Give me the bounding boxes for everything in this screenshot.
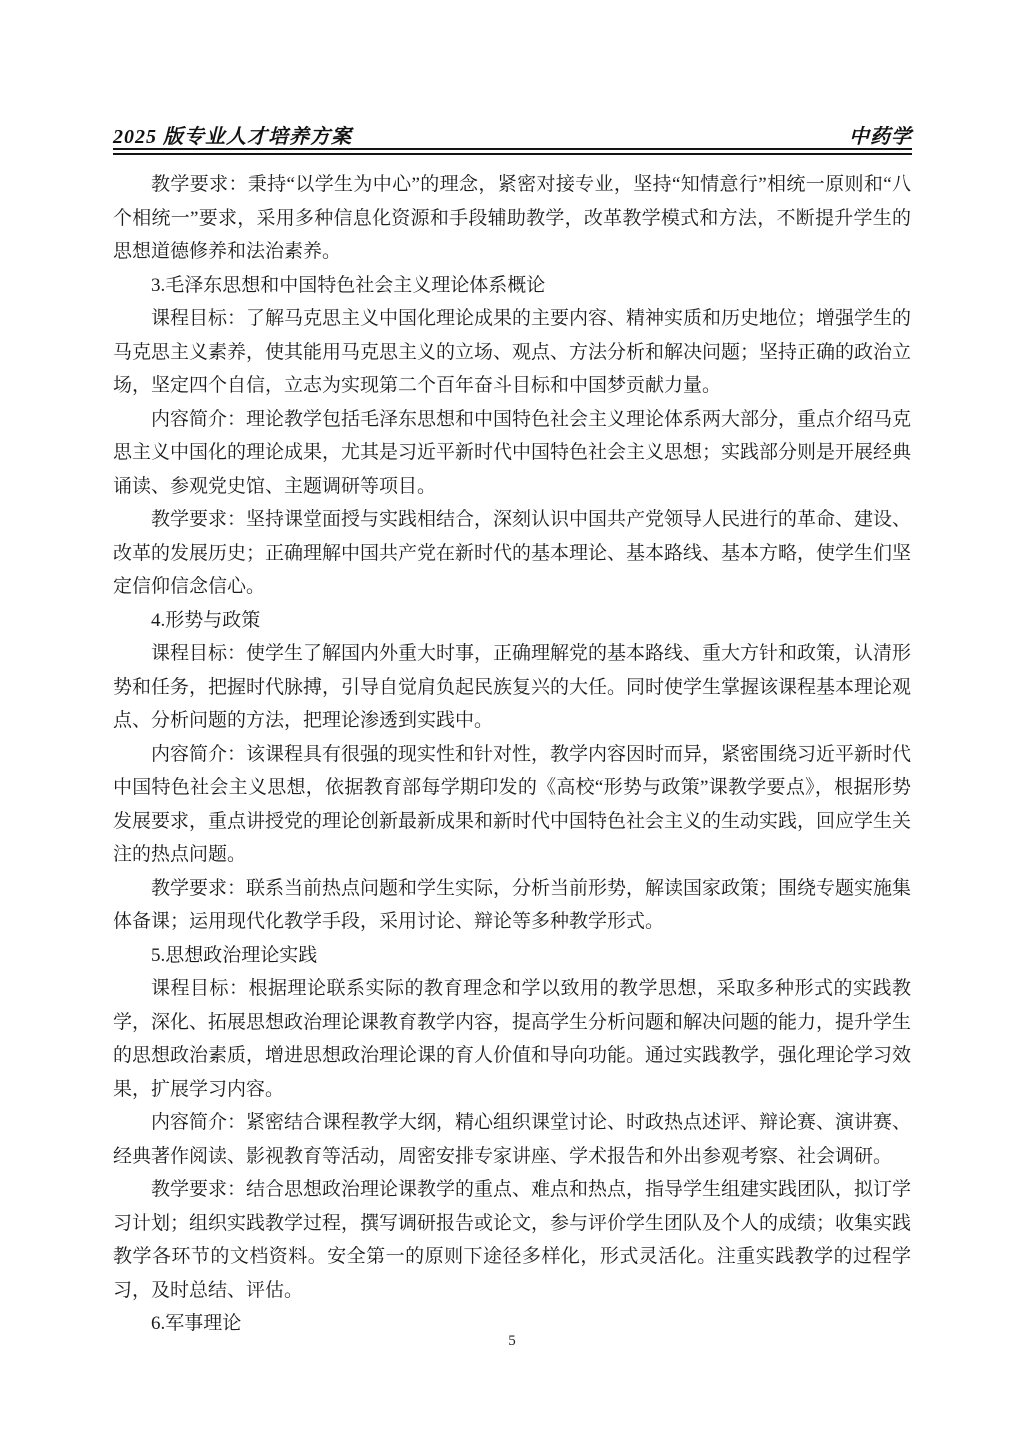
body-paragraph: 教学要求：秉持“以学生为中心”的理念，紧密对接专业，坚持“知情意行”相统一原则和… bbox=[113, 168, 911, 269]
body-paragraph: 内容简介：紧密结合课程教学大纲，精心组织课堂讨论、时政热点述评、辩论赛、演讲赛、… bbox=[113, 1106, 911, 1173]
page-number: 5 bbox=[508, 1333, 516, 1349]
document-page: 2025 版专业人才培养方案 中药学 教学要求：秉持“以学生为中心”的理念，紧密… bbox=[0, 0, 1024, 1448]
header-divider bbox=[113, 148, 912, 155]
page-header: 2025 版专业人才培养方案 中药学 bbox=[113, 120, 912, 149]
body-paragraph: 教学要求：联系当前热点问题和学生实际，分析当前形势，解读国家政策；围绕专题实施集… bbox=[113, 872, 911, 939]
page-footer: 5 bbox=[0, 1333, 1024, 1350]
document-body: 教学要求：秉持“以学生为中心”的理念，紧密对接专业，坚持“知情意行”相统一原则和… bbox=[113, 168, 911, 1341]
body-paragraph: 内容简介：理论教学包括毛泽东思想和中国特色社会主义理论体系两大部分，重点介绍马克… bbox=[113, 403, 911, 504]
section-heading: 4.形势与政策 bbox=[113, 604, 911, 638]
header-left-title: 2025 版专业人才培养方案 bbox=[113, 120, 352, 149]
body-paragraph: 课程目标：根据理论联系实际的教育理念和学以致用的教学思想，采取多种形式的实践教学… bbox=[113, 972, 911, 1106]
header-right-title: 中药学 bbox=[849, 120, 912, 149]
body-paragraph: 课程目标：使学生了解国内外重大时事，正确理解党的基本路线、重大方针和政策，认清形… bbox=[113, 637, 911, 738]
body-paragraph: 内容简介：该课程具有很强的现实性和针对性，教学内容因时而异，紧密围绕习近平新时代… bbox=[113, 738, 911, 872]
section-heading: 5.思想政治理论实践 bbox=[113, 939, 911, 973]
body-paragraph: 教学要求：结合思想政治理论课教学的重点、难点和热点，指导学生组建实践团队，拟订学… bbox=[113, 1173, 911, 1307]
body-paragraph: 课程目标：了解马克思主义中国化理论成果的主要内容、精神实质和历史地位；增强学生的… bbox=[113, 302, 911, 403]
section-heading: 3.毛泽东思想和中国特色社会主义理论体系概论 bbox=[113, 269, 911, 303]
body-paragraph: 教学要求：坚持课堂面授与实践相结合，深刻认识中国共产党领导人民进行的革命、建设、… bbox=[113, 503, 911, 604]
